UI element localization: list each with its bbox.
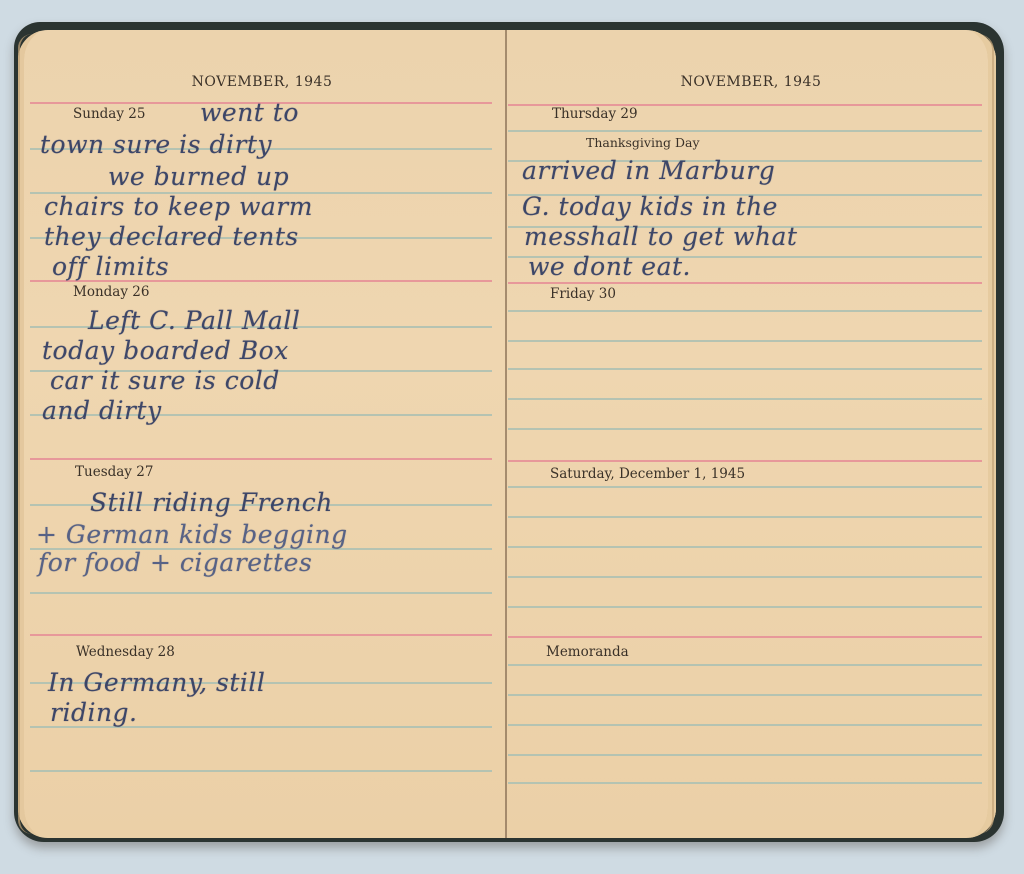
blue-rule: [508, 130, 982, 132]
handwritten-line: In Germany, still: [48, 668, 265, 698]
handwritten-line: + German kids begging: [36, 520, 348, 550]
handwritten-line: we dont eat.: [528, 252, 691, 282]
handwritten-line: G. today kids in the: [522, 192, 778, 222]
day-label-monday-26: Monday 26: [73, 284, 149, 300]
handwritten-line: we burned up: [108, 162, 289, 192]
month-header-right: NOVEMBER, 1945: [506, 74, 996, 90]
handwritten-line: Still riding French: [90, 488, 333, 518]
page-edges-left: [18, 34, 32, 834]
blue-rule: [508, 546, 982, 548]
handwritten-line: for food + cigarettes: [38, 548, 312, 578]
blue-rule: [508, 368, 982, 370]
red-rule: [508, 636, 982, 638]
left-page: NOVEMBER, 1945 Sunday 25 went to town su…: [18, 30, 506, 838]
blue-rule: [508, 754, 982, 756]
red-rule: [508, 282, 982, 284]
blue-rule: [508, 398, 982, 400]
handwritten-line: car it sure is cold: [50, 366, 280, 396]
handwritten-line: chairs to keep warm: [44, 192, 313, 222]
holiday-label: Thanksgiving Day: [586, 135, 700, 150]
blue-rule: [508, 486, 982, 488]
blue-rule: [508, 606, 982, 608]
day-label-saturday-december-1: Saturday, December 1, 1945: [550, 466, 745, 482]
day-label-friday-30: Friday 30: [550, 286, 616, 302]
handwritten-line: and dirty: [42, 396, 162, 426]
memoranda-label: Memoranda: [546, 644, 629, 660]
blue-rule: [30, 770, 492, 772]
handwritten-line: arrived in Marburg: [522, 156, 775, 186]
blue-rule: [508, 340, 982, 342]
handwritten-line: they declared tents: [44, 222, 299, 252]
blue-rule: [508, 694, 982, 696]
blue-rule: [508, 724, 982, 726]
handwritten-line: Left C. Pall Mall: [88, 306, 300, 336]
blue-rule: [508, 576, 982, 578]
day-label-sunday-25: Sunday 25: [73, 106, 145, 122]
blue-rule: [508, 664, 982, 666]
handwritten-line: went to: [200, 98, 299, 128]
day-label-wednesday-28: Wednesday 28: [76, 644, 175, 660]
blue-rule: [508, 782, 982, 784]
spine-gutter: [505, 30, 507, 838]
red-rule: [30, 634, 492, 636]
day-label-tuesday-27: Tuesday 27: [75, 464, 153, 480]
handwritten-line: off limits: [52, 252, 169, 282]
red-rule: [30, 458, 492, 460]
blue-rule: [30, 592, 492, 594]
right-page: NOVEMBER, 1945 Thursday 29 Thanksgiving …: [506, 30, 996, 838]
handwritten-line: town sure is dirty: [40, 130, 272, 160]
handwritten-line: riding.: [50, 698, 138, 728]
blue-rule: [508, 428, 982, 430]
month-header-left: NOVEMBER, 1945: [18, 74, 506, 90]
handwritten-line: today boarded Box: [42, 336, 289, 366]
day-label-thursday-29: Thursday 29: [552, 106, 638, 122]
page-edges-right: [978, 34, 994, 834]
blue-rule: [508, 516, 982, 518]
handwritten-line: messhall to get what: [524, 222, 797, 252]
blue-rule: [508, 310, 982, 312]
red-rule: [508, 460, 982, 462]
